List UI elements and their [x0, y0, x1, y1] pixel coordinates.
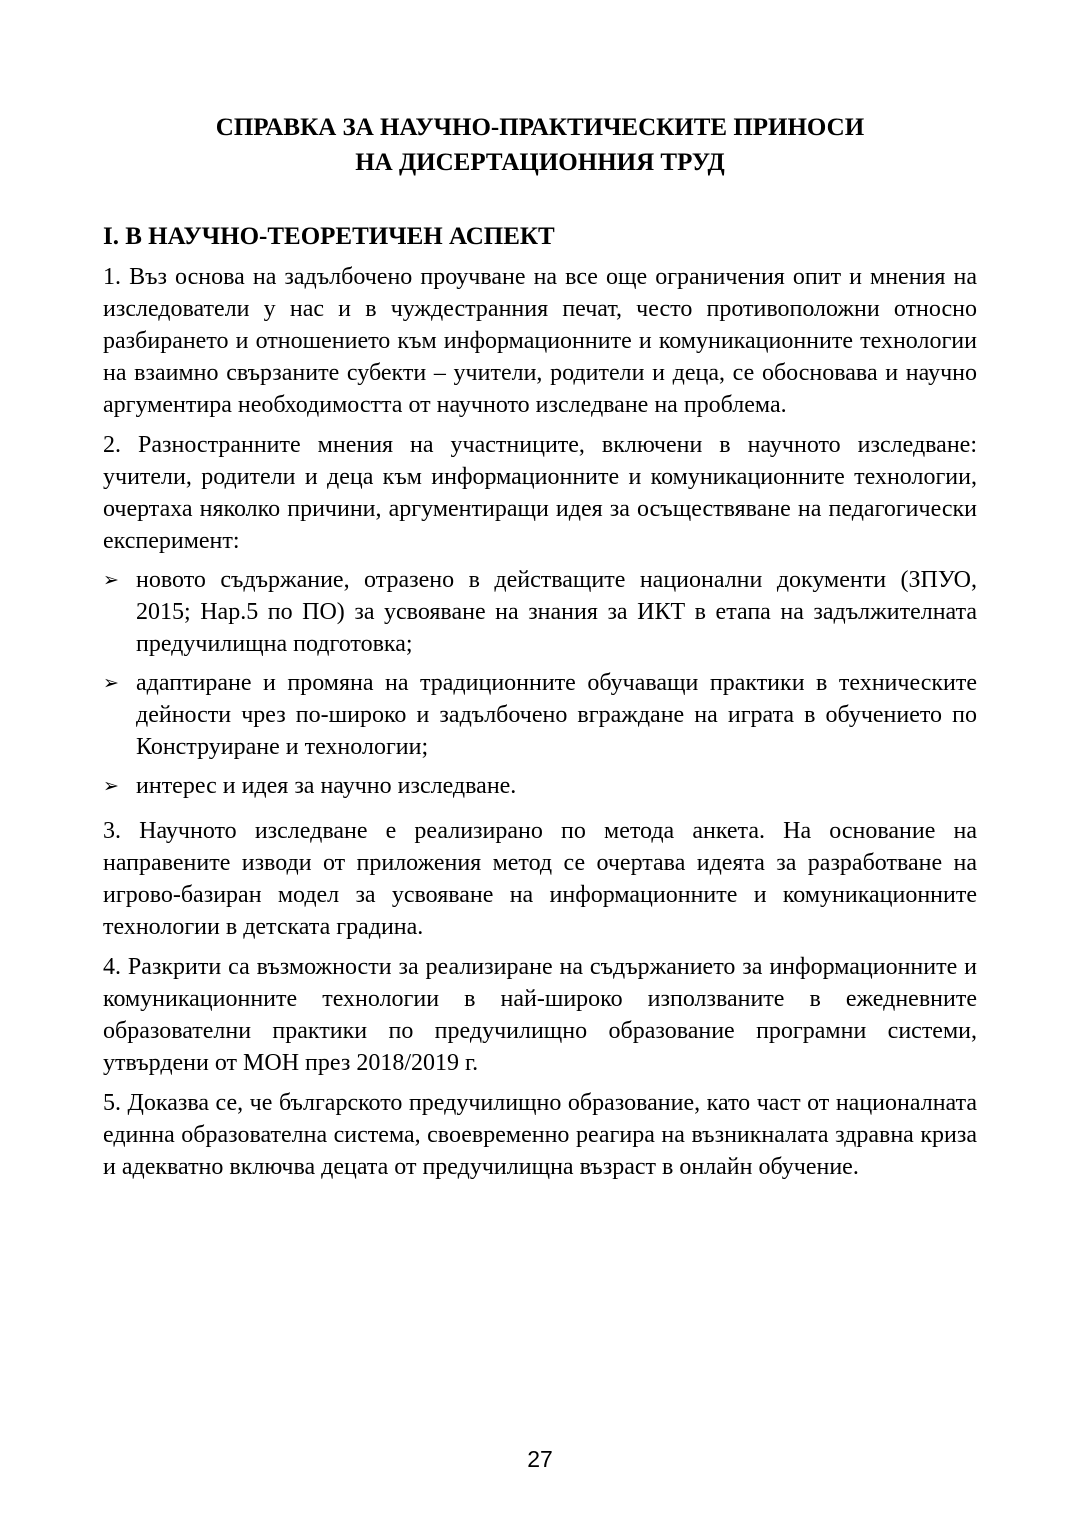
paragraph-4: 4. Разкрити са възможности за реализиран…	[103, 951, 977, 1079]
paragraph-1: 1. Въз основа на задълбочено проучване н…	[103, 261, 977, 421]
bullet-list: ➢ новото съдържание, отразено в действащ…	[103, 564, 977, 802]
paragraph-2: 2. Разностранните мнения на участниците,…	[103, 429, 977, 557]
bullet-text: интерес и идея за научно изследване.	[136, 773, 516, 799]
bullet-text: адаптиране и промяна на традиционните об…	[136, 670, 977, 760]
arrow-bullet-icon: ➢	[103, 770, 119, 802]
bullet-item: ➢ адаптиране и промяна на традиционните …	[103, 667, 977, 763]
bullet-item: ➢ интерес и идея за научно изследване.	[103, 770, 977, 802]
section-heading: I. В НАУЧНО-ТЕОРЕТИЧЕН АСПЕКТ	[103, 220, 977, 253]
paragraph-5: 5. Доказва се, че българското предучилищ…	[103, 1087, 977, 1183]
document-title: СПРАВКА ЗА НАУЧНО-ПРАКТИЧЕСКИТЕ ПРИНОСИ …	[103, 110, 977, 180]
bullet-text: новото съдържание, отразено в действащит…	[136, 567, 977, 657]
arrow-bullet-icon: ➢	[103, 564, 119, 596]
arrow-bullet-icon: ➢	[103, 667, 119, 699]
title-line-2: НА ДИСЕРТАЦИОННИЯ ТРУД	[103, 145, 977, 180]
title-line-1: СПРАВКА ЗА НАУЧНО-ПРАКТИЧЕСКИТЕ ПРИНОСИ	[103, 110, 977, 145]
page-number: 27	[0, 1447, 1080, 1471]
document-page: СПРАВКА ЗА НАУЧНО-ПРАКТИЧЕСКИТЕ ПРИНОСИ …	[0, 0, 1080, 1527]
paragraph-3: 3. Научното изследване е реализирано по …	[103, 815, 977, 943]
bullet-item: ➢ новото съдържание, отразено в действащ…	[103, 564, 977, 660]
